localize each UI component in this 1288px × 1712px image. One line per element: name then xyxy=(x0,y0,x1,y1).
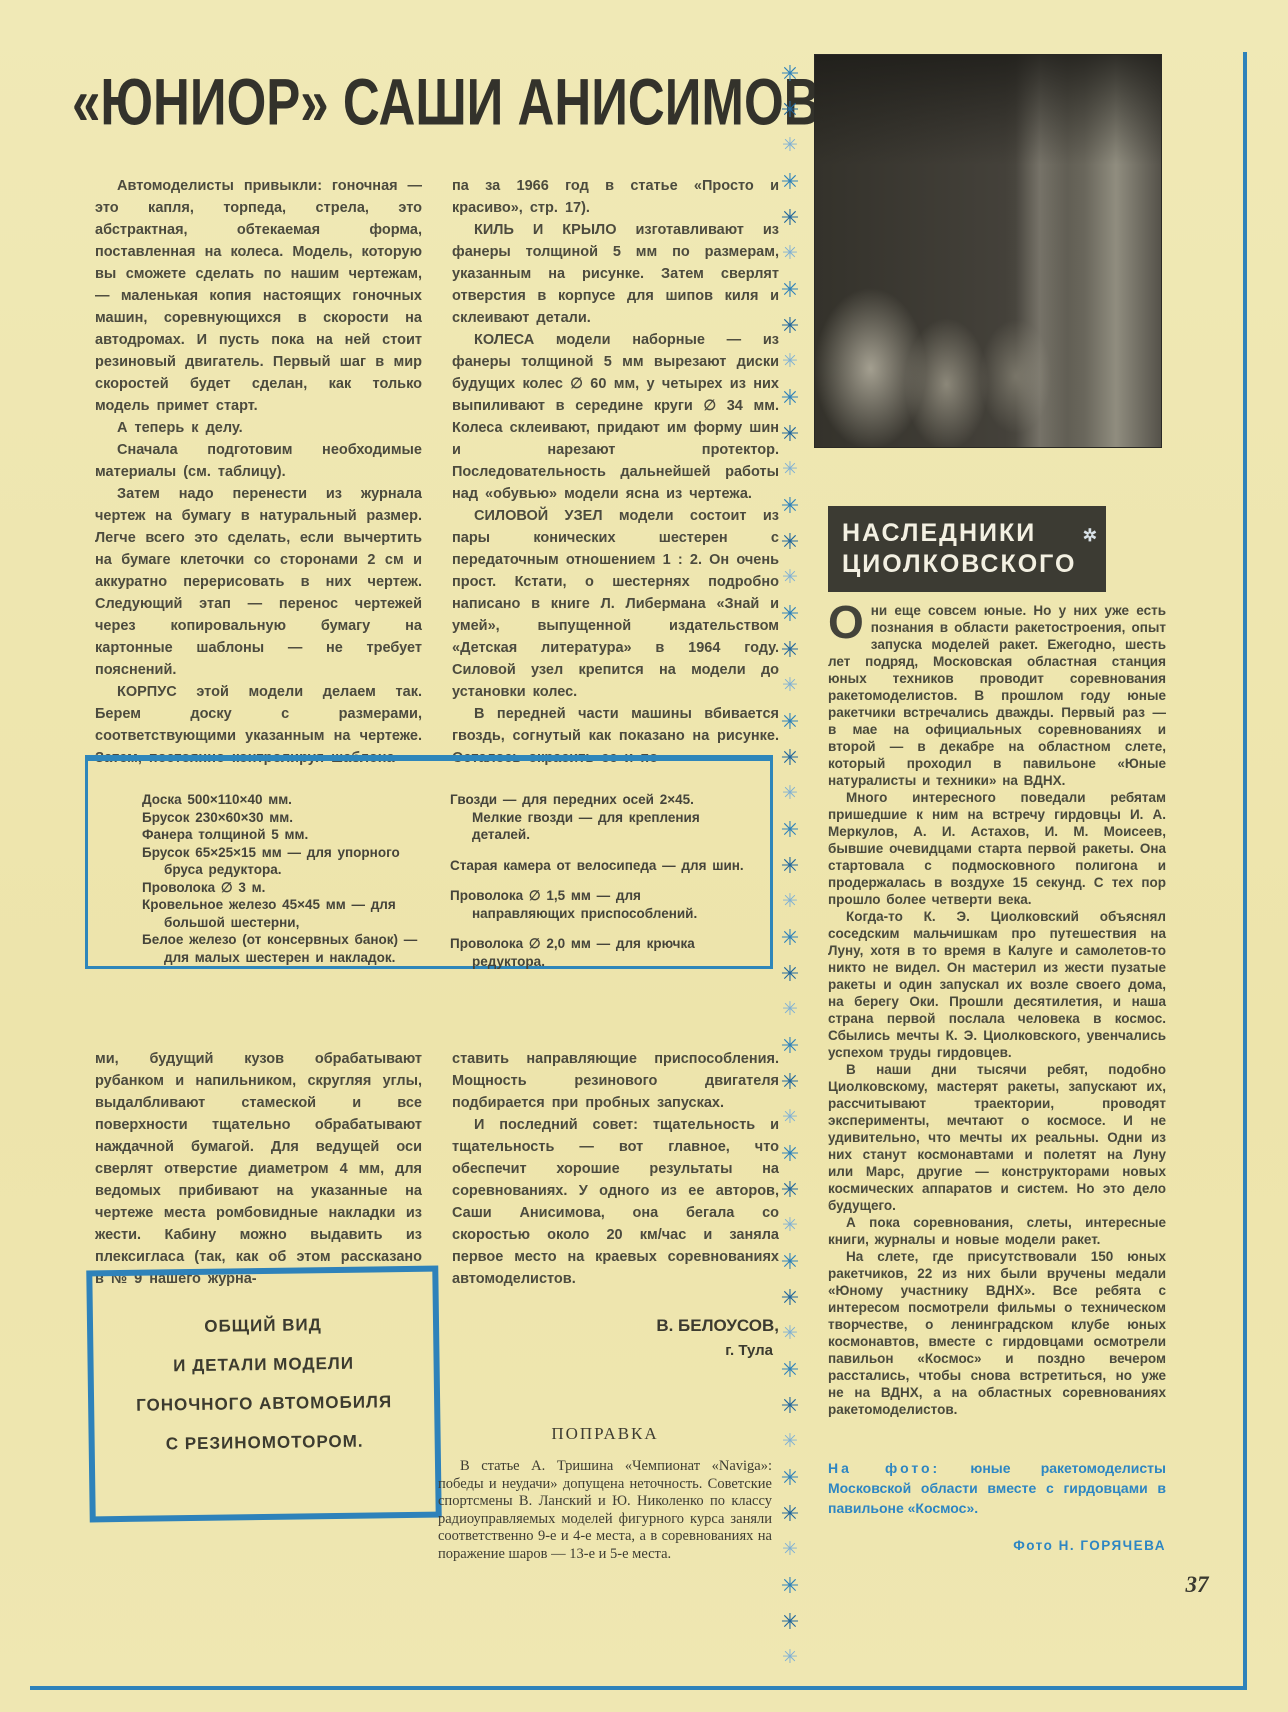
article-column-1-lower: ми, будущий кузов обрабатывают рубанком … xyxy=(95,1048,422,1290)
material-item: Фанера толщиной 5 мм. xyxy=(142,826,434,844)
asterisk-icon: ✳ xyxy=(772,452,808,488)
material-item: Брусок 65×25×15 мм — для упорного бруса … xyxy=(142,844,434,879)
body-paragraph: Сначала подготовим необходимые материалы… xyxy=(95,439,422,483)
asterisk-icon: ✳ xyxy=(772,1568,808,1604)
author-signature: В. БЕЛОУСОВ, г. Тула xyxy=(452,1316,779,1359)
asterisk-icon: ✳ xyxy=(772,92,808,128)
exhibition-photo xyxy=(814,54,1162,448)
article-headline: «ЮНИОР» САШИ АНИСИМОВА xyxy=(72,64,855,140)
asterisk-icon: ✳ xyxy=(772,1604,808,1640)
asterisk-icon: ✳ xyxy=(772,632,808,668)
asterisk-icon: ✳ xyxy=(772,1172,808,1208)
drawing-box-line: И ДЕТАЛИ МОДЕЛИ xyxy=(93,1343,434,1387)
asterisk-icon: ✳ xyxy=(772,1064,808,1100)
asterisk-icon: ✳ xyxy=(772,380,808,416)
asterisk-icon: ✳ xyxy=(772,1316,808,1352)
materials-table: Доска 500×110×40 мм.Брусок 230×60×30 мм.… xyxy=(85,755,773,969)
body-paragraph: СИЛОВОЙ УЗЕЛ модели состоит из пары кони… xyxy=(452,505,779,703)
body-paragraph: И последний совет: тщательность и тщател… xyxy=(452,1114,779,1290)
bottom-border-rule xyxy=(30,1686,1247,1690)
photo-caption-label: На фото: xyxy=(828,1460,940,1476)
asterisk-icon: ✳ xyxy=(772,1028,808,1064)
correction-title: ПОПРАВКА xyxy=(438,1424,772,1444)
paragraph-text: ни еще совсем юные. Но у них уже есть по… xyxy=(828,603,1166,788)
asterisk-icon: ✳ xyxy=(772,344,808,380)
asterisk-icon: ✳ xyxy=(772,272,808,308)
body-paragraph: КИЛЬ И КРЫЛО изготавливают из фанеры тол… xyxy=(452,219,779,329)
asterisk-icon: ✳ xyxy=(772,596,808,632)
asterisk-icon: ✳ xyxy=(772,776,808,812)
section-heading-line1: НАСЛЕДНИКИ xyxy=(842,518,1092,549)
material-item: Кровельное железо 45×45 мм — для большой… xyxy=(142,896,434,931)
material-item: Доска 500×110×40 мм. xyxy=(142,791,434,809)
body-paragraph: Они еще совсем юные. Но у них уже есть п… xyxy=(828,602,1166,789)
asterisk-icon: ✳ xyxy=(772,1208,808,1244)
correction-notice: ПОПРАВКА В статье А. Тришина «Чемпионат … xyxy=(438,1424,772,1563)
body-paragraph: А пока соревнования, слеты, интересные к… xyxy=(828,1214,1166,1248)
asterisk-icon: ✳ xyxy=(772,236,808,272)
asterisk-icon: ✳ xyxy=(772,1424,808,1460)
drawing-box-line: С РЕЗИНОМОТОРОМ. xyxy=(94,1421,435,1465)
photo-caption: На фото: юные ракетомоделисты Московской… xyxy=(828,1458,1166,1518)
material-item: Проволока ∅ 2,0 мм — для крючка редуктор… xyxy=(450,935,746,970)
asterisk-icon: ✳ xyxy=(772,704,808,740)
body-paragraph: Много интересного поведали ребятам прише… xyxy=(828,789,1166,908)
asterisk-icon: ✳ xyxy=(772,524,808,560)
asterisk-icon: ✳ xyxy=(772,920,808,956)
asterisk-icon: ✳ xyxy=(772,1496,808,1532)
right-article-body: Они еще совсем юные. Но у них уже есть п… xyxy=(828,602,1166,1418)
asterisk-icon: ✳ xyxy=(772,1460,808,1496)
asterisk-icon: ✳ xyxy=(772,128,808,164)
author-city: г. Тула xyxy=(452,1342,779,1359)
asterisk-icon: ✳ xyxy=(772,1136,808,1172)
body-paragraph: На слете, где присутствовали 150 юных ра… xyxy=(828,1248,1166,1418)
material-item: Проволока ∅ 3 м. xyxy=(142,879,434,897)
body-paragraph: Автомоделисты привыкли: гоночная — это к… xyxy=(95,175,422,417)
asterisk-icon: ✳ xyxy=(772,956,808,992)
correction-text: В статье А. Тришина «Чемпионат «Naviga»:… xyxy=(438,1458,772,1563)
materials-column-left: Доска 500×110×40 мм.Брусок 230×60×30 мм.… xyxy=(142,791,434,956)
body-paragraph: ставить направляющие приспособления. Мощ… xyxy=(452,1048,779,1114)
asterisk-icon: ✳ xyxy=(772,884,808,920)
body-paragraph: па за 1966 год в статье «Просто и красив… xyxy=(452,175,779,219)
asterisk-icon: ✳ xyxy=(772,416,808,452)
asterisk-icon: ✳ xyxy=(772,308,808,344)
right-border-rule xyxy=(1243,52,1247,1690)
asterisk-icon: ✳ xyxy=(772,560,808,596)
asterisk-icon: ✳ xyxy=(772,200,808,236)
material-item: Проволока ∅ 1,5 мм — для направляющих пр… xyxy=(450,887,746,922)
drawing-box-line: ГОНОЧНОГО АВТОМОБИЛЯ xyxy=(94,1382,435,1426)
body-paragraph: А теперь к делу. xyxy=(95,417,422,439)
asterisk-icon: ✳ xyxy=(772,992,808,1028)
body-paragraph: В наши дни тысячи ребят, подобно Циолков… xyxy=(828,1061,1166,1214)
material-item: Гвозди — для передних осей 2×45. Мелкие … xyxy=(450,791,746,844)
material-item: Белое железо (от консервных банок) — для… xyxy=(142,931,434,966)
asterisk-icon: ✳ xyxy=(772,1640,808,1676)
asterisk-icon: ✳ xyxy=(772,740,808,776)
section-heading: НАСЛЕДНИКИ ЦИОЛКОВСКОГО ✲ xyxy=(828,506,1106,592)
drawing-reference-box: ОБЩИЙ ВИДИ ДЕТАЛИ МОДЕЛИГОНОЧНОГО АВТОМО… xyxy=(86,1266,441,1523)
page-number: 37 xyxy=(1172,1572,1222,1598)
article-column-2: па за 1966 год в статье «Просто и красив… xyxy=(452,175,779,769)
article-column-2-lower: ставить направляющие приспособления. Мощ… xyxy=(452,1048,779,1290)
body-paragraph: КОЛЕСА модели наборные — из фанеры толщи… xyxy=(452,329,779,505)
flower-asterisk-icon: ✲ xyxy=(1083,520,1097,551)
asterisk-icon: ✳ xyxy=(772,1244,808,1280)
asterisk-icon: ✳ xyxy=(772,1280,808,1316)
asterisk-icon: ✳ xyxy=(772,668,808,704)
asterisk-icon: ✳ xyxy=(772,488,808,524)
photo-credit: Фото Н. ГОРЯЧЕВА xyxy=(828,1538,1166,1553)
asterisk-icon: ✳ xyxy=(772,1100,808,1136)
article-column-1: Автомоделисты привыкли: гоночная — это к… xyxy=(95,175,422,769)
asterisk-icon: ✳ xyxy=(772,164,808,200)
asterisk-icon: ✳ xyxy=(772,1388,808,1424)
body-paragraph: Затем надо перенести из журнала чертеж н… xyxy=(95,483,422,681)
materials-column-right: Гвозди — для передних осей 2×45. Мелкие … xyxy=(450,791,746,956)
section-heading-line2: ЦИОЛКОВСКОГО xyxy=(842,549,1092,580)
dropcap-letter: О xyxy=(828,604,864,640)
asterisk-icon: ✳ xyxy=(772,1532,808,1568)
author-name: В. БЕЛОУСОВ, xyxy=(452,1316,779,1336)
asterisk-icon: ✳ xyxy=(772,812,808,848)
asterisk-icon: ✳ xyxy=(772,1352,808,1388)
asterisk-column: ✳✳✳✳✳✳✳✳✳✳✳✳✳✳✳✳✳✳✳✳✳✳✳✳✳✳✳✳✳✳✳✳✳✳✳✳✳✳✳✳… xyxy=(772,56,808,1676)
body-paragraph: Когда-то К. Э. Циолковский объяснял сосе… xyxy=(828,908,1166,1061)
asterisk-icon: ✳ xyxy=(772,56,808,92)
drawing-box-line: ОБЩИЙ ВИД xyxy=(93,1304,434,1348)
material-item: Брусок 230×60×30 мм. xyxy=(142,809,434,827)
body-paragraph: ми, будущий кузов обрабатывают рубанком … xyxy=(95,1048,422,1290)
material-item: Старая камера от велосипеда — для шин. xyxy=(450,857,746,875)
magazine-page: «ЮНИОР» САШИ АНИСИМОВА Автомоделисты при… xyxy=(0,0,1288,1712)
asterisk-icon: ✳ xyxy=(772,848,808,884)
